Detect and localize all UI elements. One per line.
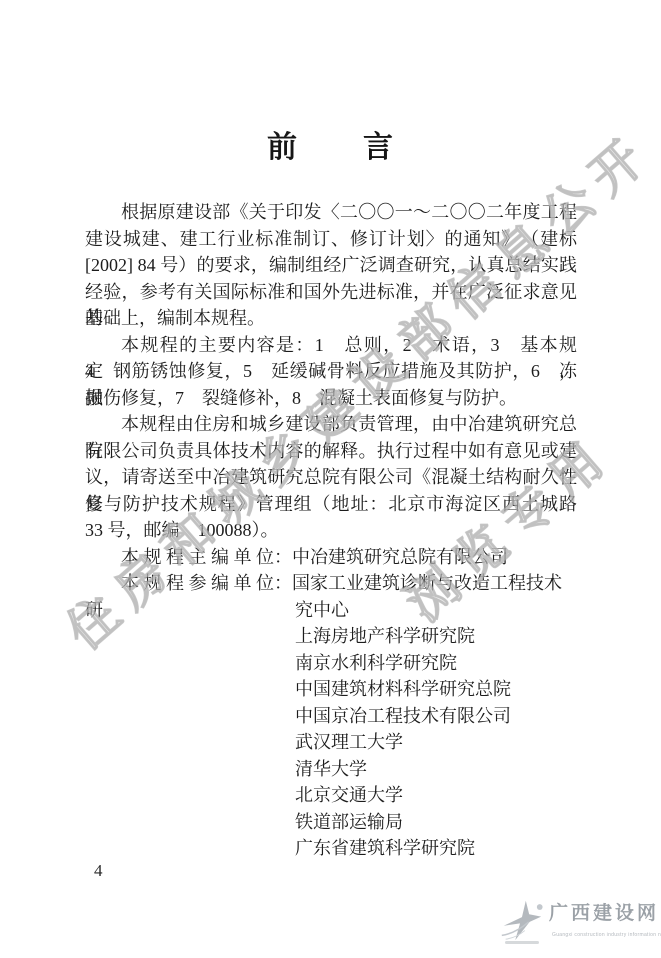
site-logo: 广西建设网 Guangxi construction industry info…: [497, 894, 657, 950]
body-line: 4 钢筋锈蚀修复，5 延缓碱骨料反应措施及其防护，6 冻融: [85, 358, 577, 385]
participating-unit: 清华大学: [295, 756, 577, 783]
participating-unit: 中国建筑材料科学研究总院: [295, 676, 577, 703]
body-line: 本规程的主要内容是：1 总则，2 术语，3 基本规定，: [85, 332, 577, 359]
body-line: 33 号，邮编 100088）。: [85, 517, 577, 544]
page-number: 4: [94, 861, 103, 881]
participating-unit: 上海房地产科学研究院: [295, 623, 577, 650]
body-line: 根据原建设部《关于印发〈二〇〇一～二〇〇二年度工程: [85, 199, 577, 226]
participating-unit: 广东省建筑科学研究院: [295, 835, 577, 862]
participating-unit: 铁道部运输局: [295, 809, 577, 836]
body-line: 基础上，编制本规程。: [85, 305, 577, 332]
body-line: 复与防护技术规程》管理组（地址：北京市海淀区西土城路: [85, 491, 577, 518]
body-line: 议，请寄送至中冶建筑研究总院有限公司《混凝土结构耐久性修: [85, 464, 577, 491]
body-line: 损伤修复，7 裂缝修补，8 混凝土表面修复与防护。: [85, 385, 577, 412]
participating-unit: 武汉理工大学: [295, 729, 577, 756]
star-swoosh-icon: [497, 896, 545, 944]
document-body: 根据原建设部《关于印发〈二〇〇一～二〇〇二年度工程 建设城建、建工行业标准制订、…: [85, 199, 577, 862]
participating-unit: 北京交通大学: [295, 782, 577, 809]
document-page: 前 言 根据原建设部《关于印发〈二〇〇一～二〇〇二年度工程 建设城建、建工行业标…: [0, 0, 661, 958]
participating-unit: 中国京冶工程技术有限公司: [295, 703, 577, 730]
logo-star-subtext-mark: [505, 941, 539, 944]
body-line: 本规程由住房和城乡建设部负责管理，由中冶建筑研究总院: [85, 411, 577, 438]
body-line: [2002] 84 号）的要求，编制组经广泛调查研究，认真总结实践: [85, 252, 577, 279]
body-line: 经验，参考有关国际标准和国外先进标准，并在广泛征求意见的: [85, 279, 577, 306]
page-title: 前 言: [85, 130, 577, 166]
body-line: 建设城建、建工行业标准制订、修订计划〉的通知》 （建标: [85, 226, 577, 253]
site-logo-tagline: Guangxi construction industry informatio…: [552, 932, 661, 938]
site-logo-name: 广西建设网: [549, 902, 659, 926]
participating-unit-line: 本 规 程 参 编 单 位：国家工业建筑诊断与改造工程技术研: [85, 570, 577, 597]
chief-editor-unit-line: 本 规 程 主 编 单 位：中冶建筑研究总院有限公司: [85, 544, 577, 571]
participating-unit: 究中心: [295, 597, 577, 624]
body-line: 有限公司负责具体技术内容的解释。执行过程中如有意见或建: [85, 438, 577, 465]
participating-unit: 南京水利科学研究院: [295, 650, 577, 677]
